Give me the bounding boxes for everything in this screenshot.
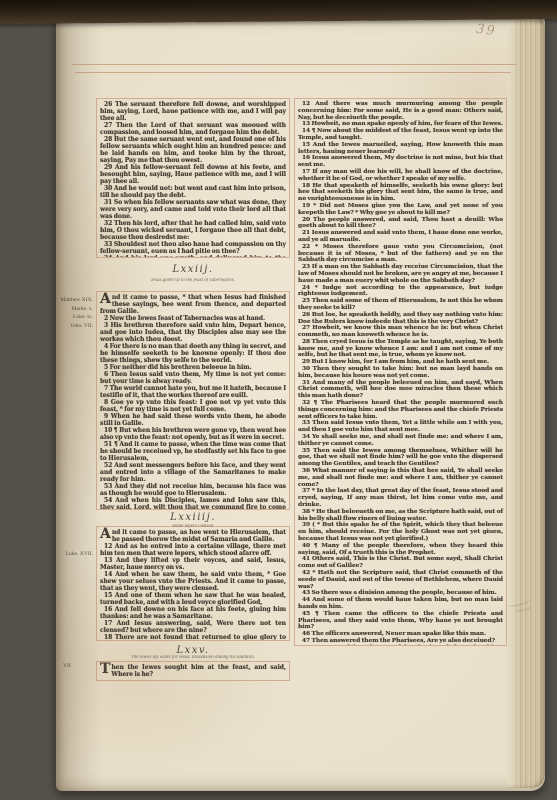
text-line: 19 * Did not Moses giue you the Law, and… [298,203,503,217]
text-line: 3 His brethren therefore said vnto him, … [100,322,286,343]
margin-note-john7: VII [63,662,87,671]
text-line: 32 ¶ The Pharisees heard that the people… [298,400,503,420]
text-line: 33 Then said Iesus vnto them, Yet a litt… [298,420,503,434]
page-edges [508,17,545,788]
text-line: 31 So when his fellow seruants saw what … [100,199,286,220]
text-line: 48 Haue any of the rulers, or of the Pha… [298,645,503,646]
book-page: 39 Matthew XIX.Marke. x.Luke. ix.Iohn. V… [56,12,545,791]
section-heading-lxxiij: Lxxiij. [96,264,290,275]
text-line: Luke. ix. [56,313,93,322]
text-line: 9 When he had said these words vnto them… [100,413,286,427]
text-line: 51 ¶ And it came to passe, when the time… [100,441,286,462]
text-line: 5 For neither did his brethren beleeue i… [100,364,286,371]
text-line: 20 The people answered, and said, Thou h… [298,217,503,231]
text-line: 27 Then the Lord of that seruant was moo… [100,122,286,136]
text-line: Marke. x. [56,305,93,314]
text-line: 45 ¶ Then came the officers to the chief… [298,611,503,631]
text-line: 28 But the same seruant went out, and fo… [100,136,286,164]
text-line: And it came to passe, * that when Iesus … [100,294,286,315]
text-block-section-lxxiij: And it came to passe, * that when Iesus … [96,291,290,510]
text-line: Matthew XIX. [56,296,93,305]
text-line: 18 He that speaketh of himselfe, seeketh… [298,183,503,203]
margin-note-gospel-references: Matthew XIX.Marke. x.Luke. ix.Iohn. VII. [56,296,93,330]
text-line: 54 And when his Disciples, Iames and Ioh… [100,497,286,510]
text-line: 21 Iesus answered and said vnto them, I … [298,230,503,244]
text-line: 34 And his lord was wroth, and deliuered… [100,255,286,258]
text-line: 4 For there is no man that doeth any thi… [100,343,286,364]
text-line: 37 * In the last day, that great day of … [298,488,503,508]
top-margin-rule-2 [75,72,511,73]
text-line: 35 Then said the Iewes among themselues,… [298,448,503,468]
text-line: 24 * Iudge not according to the appearan… [298,285,503,299]
text-line: 7 The world cannot hate you, but me it h… [100,385,286,399]
text-line: 14 And when he saw them, he said vnto th… [100,571,286,592]
text-line: 10 ¶ But when his brethren were gone vp,… [100,427,286,441]
text-line: 30 Then they sought to take him: but no … [298,366,503,380]
text-line: 26 But loe, he speaketh boldly, and they… [298,312,503,326]
text-line: 6 Then Iesus said vnto them, My time is … [100,371,286,385]
text-line: 17 If any man will doe his will, he shal… [298,169,503,183]
text-line: 44 And some of them would haue taken him… [298,597,503,611]
text-line: 28 Then cryed Iesus in the Temple as he … [298,339,503,359]
section-subtitle-lxxiij: Iesus goeth vp to the feast of Tabernacl… [92,278,294,284]
text-line: 15 And one of them when he saw that he w… [100,592,286,606]
text-line: 23 If a man on the Sabbath day receiue C… [298,264,503,284]
text-line: Then the Iewes sought him at the feast, … [100,664,286,678]
text-line: 33 Shouldest not thou also haue had comp… [100,241,286,255]
text-block-matthew18: 26 The seruant therefore fell downe, and… [96,98,290,258]
text-line: 52 And sent messengers before his face, … [100,462,286,483]
text-line: 34 Ye shall seeke me, and shall not find… [298,434,503,448]
text-line: 36 What manner of saying is this that he… [298,468,503,488]
text-line: And it came to passe, as hee went to Hie… [100,529,286,543]
text-block-john7: 12 And there was much murmuring among th… [294,98,507,646]
text-block-section-lxxv: Then the Iewes sought him at the feast, … [96,661,290,681]
text-line: 2 Now the Iewes feast of Tabernacles was… [100,315,286,322]
text-line: 53 And they did not receiue him, because… [100,483,286,497]
text-line: 14 ¶ Now about the middest of the feast,… [298,128,503,142]
text-line: 32 Then his lord, after that he had call… [100,220,286,241]
folio-number: 39 [475,23,497,39]
text-line: 17 And Iesus answering, said, Were there… [100,620,286,634]
text-line: 30 And he would not: but went and cast h… [100,185,286,199]
text-line: 31 And many of the people beleeued on hi… [298,380,503,400]
text-line: 25 Then said some of them of Hierusalem,… [298,298,503,312]
text-line: 16 Iesus answered them, My doctrine is n… [298,155,503,169]
top-margin-rule [72,64,516,65]
photo-backdrop: 39 Matthew XIX.Marke. x.Luke. ix.Iohn. V… [0,0,557,800]
text-line: 8 Goe ye vp vnto this feast: I goe not v… [100,399,286,413]
text-line: 15 And the Iewes marueiled, saying, How … [298,142,503,156]
text-line: 40 ¶ Many of the people therefore, when … [298,543,503,557]
margin-note-luke17: Luke. XVII. [56,550,93,559]
text-block-section-lxxiiij: And it came to passe, as hee went to Hie… [96,526,290,641]
section-heading-lxxiiij: Lxxiiij. [96,512,290,523]
text-line: 26 The seruant therefore fell downe, and… [100,101,286,122]
text-line: 18 There are not found that returned to … [100,634,286,641]
text-line: 41 Others said, This is the Christ. But … [298,556,503,570]
text-line: 29 And his fellow-seruant fell downe at … [100,164,286,185]
text-line: 39 ( * But this spake he of the Spirit, … [298,522,503,542]
text-line: 27 Howbeit, we know this man whence he i… [298,325,503,339]
text-line: Iohn. VII. [56,322,93,331]
text-line: 22 * Moses therefore gaue vnto you Circu… [298,244,503,264]
text-line: 12 And as he entred into a certaine vill… [100,543,286,557]
text-line: 42 * Hath not the Scripture said, that C… [298,570,503,590]
text-line: 16 And fell downe on his face at his fee… [100,606,286,620]
text-line: 13 And they lifted vp their voyces, and … [100,557,286,571]
text-line: 12 And there was much murmuring among th… [298,101,503,121]
